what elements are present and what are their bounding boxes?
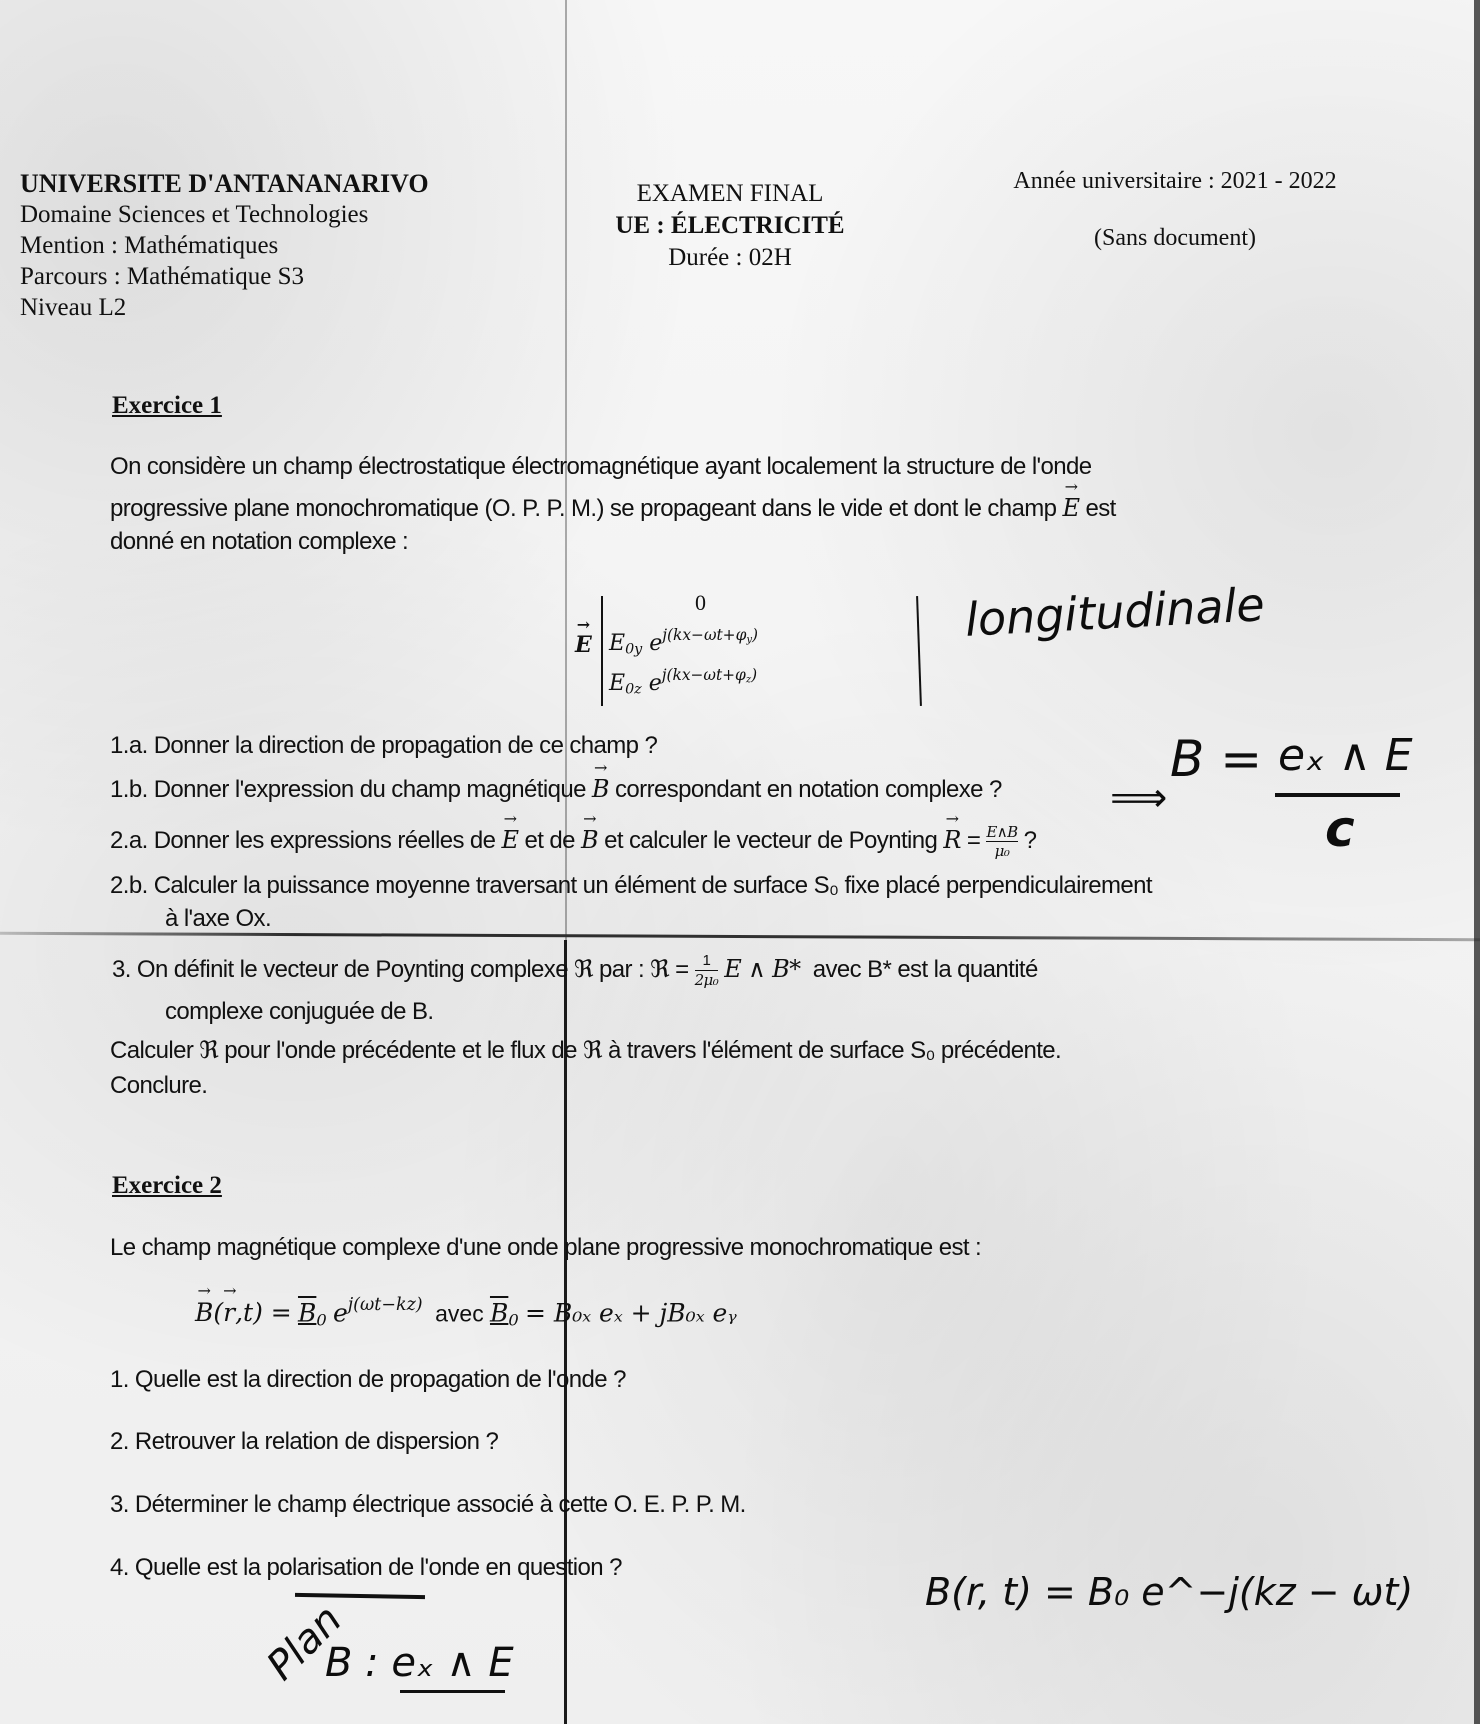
exercise1-intro-line3: donné en notation complexe : (110, 528, 408, 556)
question-3-line4: Conclure. (110, 1072, 207, 1100)
question-3-line1: 3. On définit le vecteur de Poynting com… (112, 952, 1038, 989)
exponent: j(kx−ωt+φz) (662, 666, 757, 684)
b-vector-symbol: B (592, 775, 609, 803)
niveau-line: Niveau L2 (20, 292, 429, 323)
amp-sub: 0z (625, 682, 642, 698)
ex2-question-1: 1. Quelle est la direction de propagatio… (110, 1366, 626, 1394)
e-vector-symbol: E (1063, 494, 1080, 522)
exp-sub: y (746, 635, 752, 646)
exp-text: j(kx−ωt+φ (662, 666, 746, 684)
fraction-denominator: μ₀ (986, 842, 1017, 860)
question-3-line3: Calculer ℜ pour l'onde précédente et le … (110, 1036, 1061, 1065)
amp-sub: 0y (625, 642, 642, 658)
ex2-question-4: 4. Quelle est la polarisation de l'onde … (110, 1554, 622, 1582)
exercise2-title: Exercice 2 (112, 1172, 222, 1200)
intro-text-end: est (1086, 495, 1116, 522)
course-unit: UE : ÉLECTRICITÉ (580, 210, 880, 242)
handwritten-numerator: eₓ ∧ E (1278, 730, 1413, 781)
intro-text: progressive plane monochromatique (O. P.… (110, 495, 1056, 522)
question-3-line2: complexe conjuguée de B. (165, 998, 433, 1026)
exp-sub: z (746, 675, 751, 686)
question-2b-line1: 2.b. Calculer la puissance moyenne trave… (110, 872, 1152, 900)
b-vector-symbol: B (581, 826, 598, 854)
exercise2-intro: Le champ magnétique complexe d'une onde … (110, 1234, 981, 1262)
exp-text: j(kx−ωt+φ (662, 626, 746, 644)
domain-line: Domaine Sciences et Technologies (20, 199, 429, 230)
ex2-question-3: 3. Déterminer le champ électrique associ… (110, 1491, 746, 1519)
paper-edge (1474, 0, 1480, 1724)
exercise1-intro-line2: progressive plane monochromatique (O. P.… (110, 494, 1116, 523)
exercise1-title: Exercice 1 (112, 392, 222, 420)
q-text-end: correspondant en notation complexe ? (615, 776, 1002, 803)
complex-poynting-fraction: 1 2μ₀ (695, 952, 719, 989)
q-text-post: avec B* est la quantité (813, 956, 1038, 983)
q-text: 3. On définit le vecteur de Poynting com… (112, 956, 689, 983)
handwritten-b-equals: B = (1170, 730, 1262, 788)
handwritten-fraction-bar-bottom (400, 1690, 505, 1693)
question-2a: 2.a. Donner les expressions réelles de E… (110, 823, 1036, 860)
fraction-numerator: E∧B (986, 823, 1017, 842)
ex2-question-2: 2. Retrouver la relation de dispersion ? (110, 1428, 498, 1456)
fraction-numerator: 1 (695, 952, 719, 971)
q-text-mid: et de (525, 827, 575, 854)
document-note: (Sans document) (975, 225, 1375, 252)
handwritten-b-cross: B : eₓ ∧ E (325, 1640, 514, 1686)
mention-line: Mention : Mathématiques (20, 230, 429, 261)
academic-year: Année universitaire : 2021 - 2022 (975, 168, 1375, 195)
handwritten-b-expression: B(r, t) = B₀ e^−j(kz − ωt) (925, 1570, 1413, 1614)
b0-vector-2: B (490, 1298, 508, 1327)
amp: E (609, 631, 625, 656)
cross-product: E ∧ B* (724, 955, 800, 983)
b0-sub-2: 0 (508, 1310, 518, 1329)
question-2b-line2: à l'axe Ox. (165, 905, 271, 933)
component-z: E0z ej(kx−ωt+φz) (609, 666, 757, 698)
amp: E (609, 671, 625, 696)
b0-components: = B₀ₓ eₓ + jB₀ₓ eᵧ (525, 1298, 737, 1327)
exercise2-equation: B(r,t) = B0 ej(ωt−kz) avec B0 = B₀ₓ eₓ +… (195, 1295, 737, 1329)
exponent: j(kx−ωt+φy) (662, 626, 758, 644)
header-center: EXAMEN FINAL UE : ÉLECTRICITÉ Durée : 02… (580, 178, 880, 274)
matrix-bar (601, 596, 603, 706)
university-name: UNIVERSITE D'ANTANANARIVO (20, 168, 429, 199)
poynting-fraction: E∧B μ₀ (986, 823, 1017, 860)
exam-duration: Durée : 02H (580, 242, 880, 274)
e-vector-symbol: E (502, 826, 519, 854)
exam-title: EXAMEN FINAL (580, 178, 880, 210)
header-left: UNIVERSITE D'ANTANANARIVO Domaine Scienc… (20, 168, 429, 323)
component-x: 0 (695, 590, 706, 616)
q-text: 1.b. Donner l'expression du champ magnét… (110, 776, 586, 803)
handwritten-fraction-bar (1275, 793, 1400, 797)
q-mark: ? (1024, 827, 1037, 854)
b0-sub: 0 (316, 1310, 326, 1329)
handwritten-arrow: ⟹ (1110, 775, 1167, 821)
parcours-line: Parcours : Mathématique S3 (20, 261, 429, 292)
b0-vector: B (298, 1298, 316, 1327)
handwritten-denominator: c (1325, 800, 1355, 858)
e-vector-label: E (575, 632, 592, 658)
component-y: E0y ej(kx−ωt+φy) (609, 626, 758, 658)
avec-word: avec (435, 1300, 484, 1326)
header-right: Année universitaire : 2021 - 2022 (Sans … (975, 168, 1375, 252)
q-text: 2.a. Donner les expressions réelles de (110, 827, 495, 854)
q-text-post: et calculer le vecteur de Poynting (604, 827, 937, 854)
question-1a: 1.a. Donner la direction de propagation … (110, 732, 657, 760)
b-exponent: j(ωt−kz) (348, 1295, 423, 1315)
fraction-denominator: 2μ₀ (695, 971, 719, 989)
r-vector-symbol: R (943, 826, 960, 854)
exercise1-intro-line1: On considère un champ électrostatique él… (110, 453, 1092, 481)
question-1b: 1.b. Donner l'expression du champ magnét… (110, 775, 1002, 804)
b-field-lhs: B(r,t) = (195, 1298, 292, 1327)
